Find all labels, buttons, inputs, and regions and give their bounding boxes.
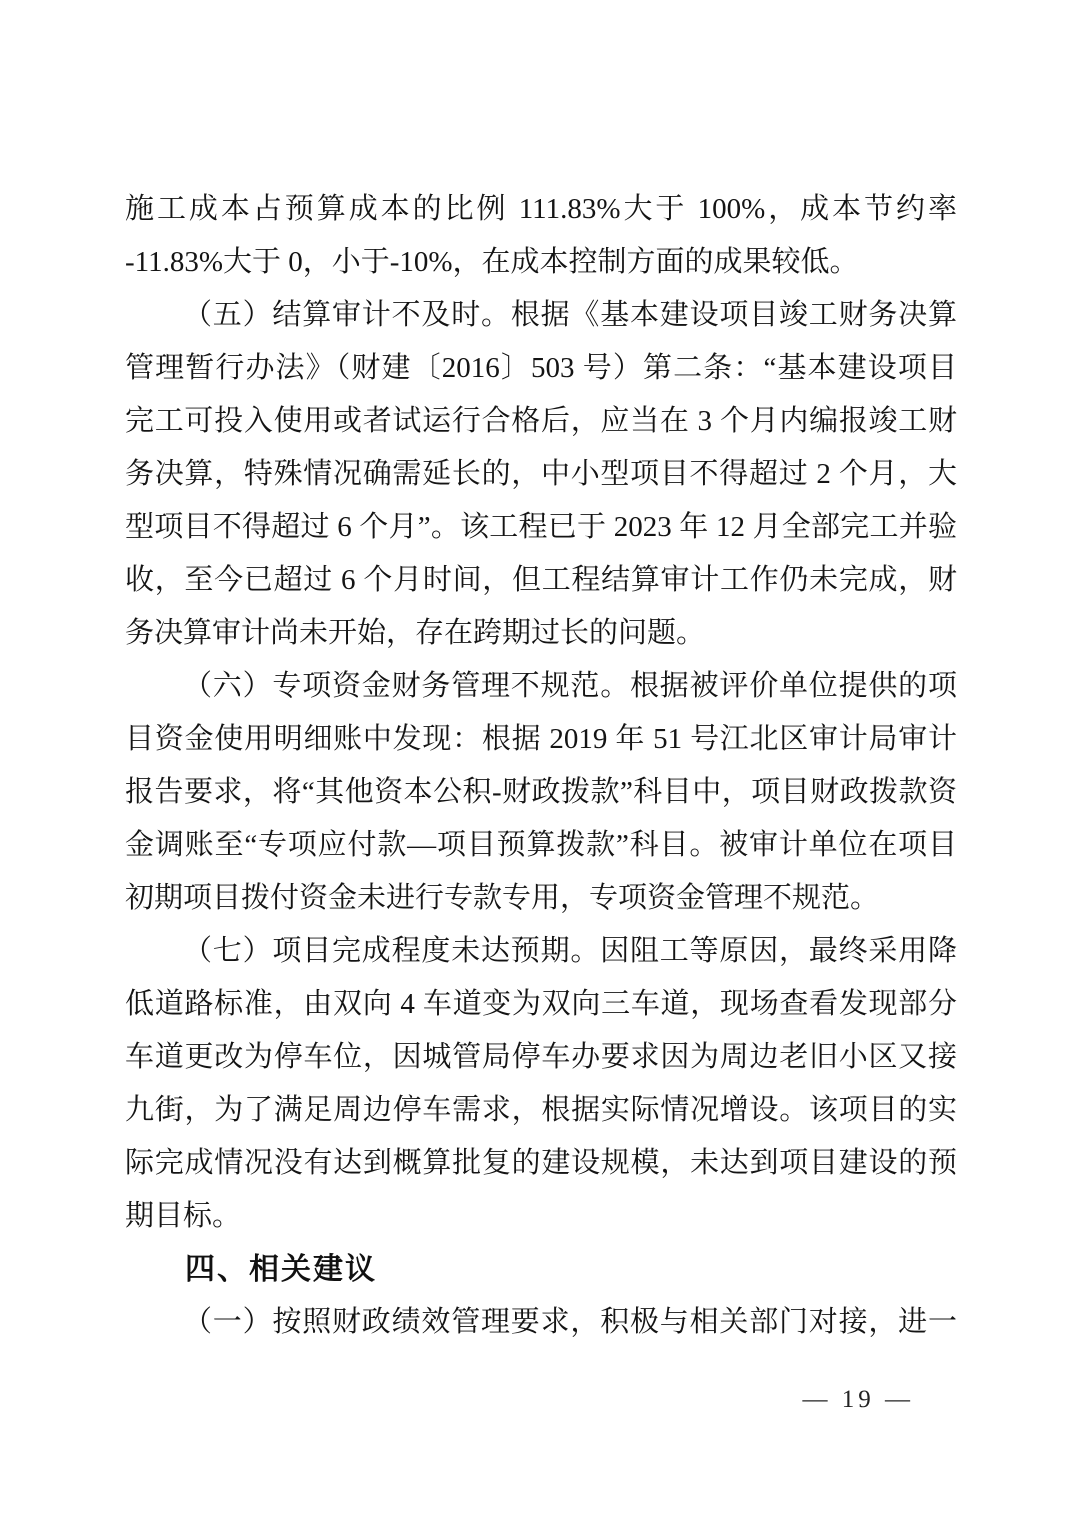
text-line: 收，至今已超过 6 个月时间，但工程结算审计工作仍未完成，财 (125, 554, 957, 607)
para-item-5-settlement-audit: （五）结算审计不及时。根据《基本建设项目竣工财务决算管理暂行办法》（财建〔201… (125, 289, 957, 660)
text-line: 际完成情况没有达到概算批复的建设规模，未达到项目建设的预 (125, 1137, 957, 1190)
text-line: 车道更改为停车位，因城管局停车办要求因为周边老旧小区又接 (125, 1031, 957, 1084)
text-line: 型项目不得超过 6 个月”。该工程已于 2023 年 12 月全部完工并验 (125, 501, 957, 554)
text-line: 初期项目拨付资金未进行专款专用，专项资金管理不规范。 (125, 872, 957, 925)
para-item-6-special-funds: （六）专项资金财务管理不规范。根据被评价单位提供的项目资金使用明细账中发现：根据… (125, 660, 957, 925)
page-number: — 19 — (803, 1383, 915, 1417)
document-page: 施工成本占预算成本的比例 111.83%大于 100%，成本节约率-11.83%… (0, 0, 1074, 1520)
text-line: （六）专项资金财务管理不规范。根据被评价单位提供的项 (125, 660, 957, 713)
heading-section-4-suggestions: 四、相关建议 (125, 1243, 957, 1296)
para-suggestion-1: （一）按照财政绩效管理要求，积极与相关部门对接，进一 (125, 1296, 957, 1349)
text-line: 目资金使用明细账中发现：根据 2019 年 51 号江北区审计局审计 (125, 713, 957, 766)
text-line: （五）结算审计不及时。根据《基本建设项目竣工财务决算 (125, 289, 957, 342)
text-line: 施工成本占预算成本的比例 111.83%大于 100%，成本节约率 (125, 183, 957, 236)
text-line: 务决算，特殊情况确需延长的，中小型项目不得超过 2 个月，大 (125, 448, 957, 501)
text-line: 期目标。 (125, 1190, 957, 1243)
text-line: （一）按照财政绩效管理要求，积极与相关部门对接，进一 (125, 1296, 957, 1349)
text-line: 低道路标准，由双向 4 车道变为双向三车道，现场查看发现部分 (125, 978, 957, 1031)
text-line: 报告要求，将“其他资本公积-财政拨款”科目中，项目财政拨款资 (125, 766, 957, 819)
text-line: -11.83%大于 0，小于-10%，在成本控制方面的成果较低。 (125, 236, 957, 289)
document-body: 施工成本占预算成本的比例 111.83%大于 100%，成本节约率-11.83%… (125, 183, 957, 1349)
text-line: （七）项目完成程度未达预期。因阻工等原因，最终采用降 (125, 925, 957, 978)
para-item-7-completion-degree: （七）项目完成程度未达预期。因阻工等原因，最终采用降低道路标准，由双向 4 车道… (125, 925, 957, 1243)
text-line: 金调账至“专项应付款—项目预算拨款”科目。被审计单位在项目 (125, 819, 957, 872)
text-line: 完工可投入使用或者试运行合格后，应当在 3 个月内编报竣工财 (125, 395, 957, 448)
text-line: 管理暂行办法》（财建〔2016〕503 号）第二条：“基本建设项目 (125, 342, 957, 395)
text-line: 九街，为了满足周边停车需求，根据实际情况增设。该项目的实 (125, 1084, 957, 1137)
text-line: 务决算审计尚未开始，存在跨期过长的问题。 (125, 607, 957, 660)
para-cost-control-carryover: 施工成本占预算成本的比例 111.83%大于 100%，成本节约率-11.83%… (125, 183, 957, 289)
